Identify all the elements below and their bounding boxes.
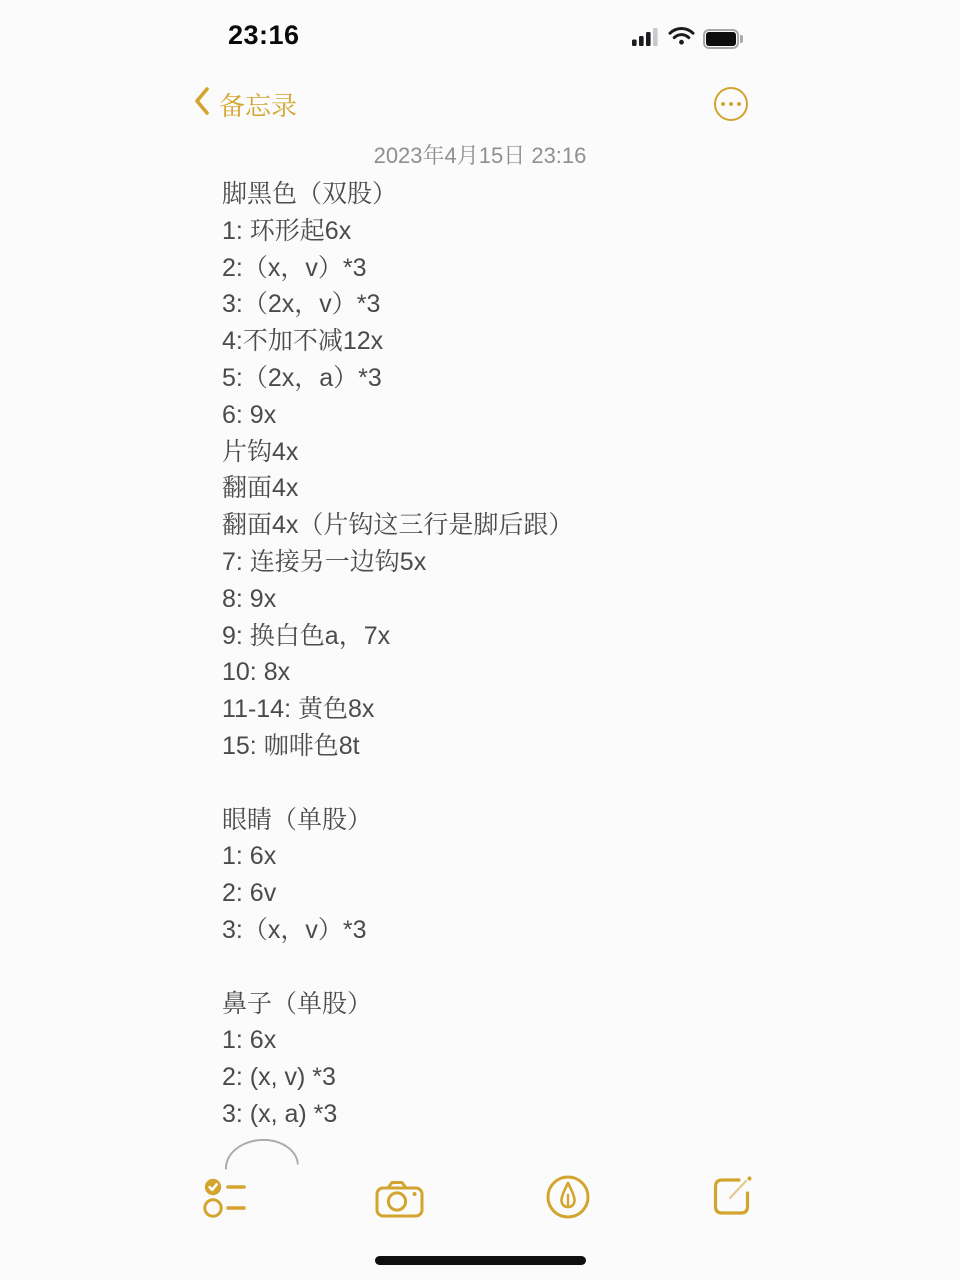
camera-icon bbox=[375, 1206, 424, 1223]
note-line: 10: 8x bbox=[222, 654, 782, 691]
note-body[interactable]: 脚黑色（双股） 1: 环形起6x 2:（x，v）*3 3:（2x，v）*3 4:… bbox=[222, 176, 782, 1133]
note-line: 4:不加不减12x bbox=[222, 323, 782, 360]
note-line: 9: 换白色a，7x bbox=[222, 618, 782, 655]
note-line: 片钩4x bbox=[222, 434, 782, 471]
battery-icon bbox=[703, 29, 743, 49]
wifi-icon bbox=[668, 26, 695, 51]
cellular-signal-icon bbox=[632, 26, 660, 51]
note-line: 8: 9x bbox=[222, 581, 782, 618]
compose-button[interactable] bbox=[711, 1173, 755, 1224]
note-line: 5:（2x，a）*3 bbox=[222, 360, 782, 397]
note-line bbox=[222, 949, 782, 986]
checklist-icon bbox=[203, 1208, 249, 1225]
ellipsis-dot bbox=[737, 102, 742, 107]
note-line: 3:（x，v）*3 bbox=[222, 912, 782, 949]
note-line: 2: (x, v) *3 bbox=[222, 1059, 782, 1096]
markup-button[interactable] bbox=[545, 1174, 591, 1225]
note-line: 1: 环形起6x bbox=[222, 213, 782, 250]
note-line: 3: (x, a) *3 bbox=[222, 1096, 782, 1133]
note-line: 眼睛（单股） bbox=[222, 802, 782, 839]
ellipsis-dot bbox=[721, 102, 726, 107]
note-line: 3:（2x，v）*3 bbox=[222, 286, 782, 323]
more-options-button[interactable] bbox=[714, 87, 748, 121]
ellipsis-dot bbox=[729, 102, 734, 107]
note-line: 15: 咖啡色8t bbox=[222, 728, 782, 765]
note-date: 2023年4月15日 23:16 bbox=[0, 139, 960, 170]
note-line: 翻面4x（片钩这三行是脚后跟） bbox=[222, 507, 782, 544]
markup-pen-icon bbox=[545, 1207, 591, 1224]
back-button[interactable]: 备忘录 bbox=[193, 86, 297, 123]
note-line bbox=[222, 765, 782, 802]
chevron-left-icon bbox=[193, 86, 210, 123]
note-line: 6: 9x bbox=[222, 397, 782, 434]
note-line: 鼻子（单股） bbox=[222, 986, 782, 1023]
camera-button[interactable] bbox=[375, 1179, 424, 1224]
note-line: 1: 6x bbox=[222, 1022, 782, 1059]
note-line: 脚黑色（双股） bbox=[222, 176, 782, 213]
note-line: 1: 6x bbox=[222, 838, 782, 875]
note-line: 11-14: 黄色8x bbox=[222, 691, 782, 728]
status-time: 23:16 bbox=[228, 20, 300, 51]
note-line: 2:（x，v）*3 bbox=[222, 250, 782, 287]
status-icons bbox=[632, 26, 743, 51]
note-line: 2: 6v bbox=[222, 875, 782, 912]
partial-drawing-arc bbox=[223, 1136, 299, 1169]
compose-icon bbox=[711, 1206, 755, 1223]
checklist-button[interactable] bbox=[203, 1175, 249, 1226]
home-indicator[interactable] bbox=[375, 1256, 586, 1265]
note-line: 翻面4x bbox=[222, 470, 782, 507]
back-button-label: 备忘录 bbox=[219, 86, 297, 123]
note-line: 7: 连接另一边钩5x bbox=[222, 544, 782, 581]
